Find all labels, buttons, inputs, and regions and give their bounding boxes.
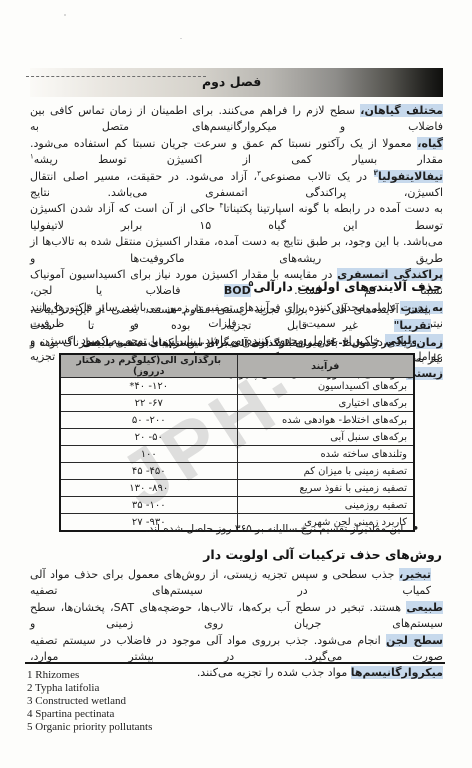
section-heading-text: روش‌های حذف ترکیبات آلی اولویت دار <box>203 547 442 562</box>
table-row: تصفیه روزمینی۳۵ -۱۰۰ <box>60 497 414 514</box>
table-header-row: فرآیند بارگذاری آلی(کیلوگرم در هکتار درر… <box>60 354 414 378</box>
text-segment: می‌باشد. با این وجود، بر طبق نتایج به دس… <box>30 235 443 264</box>
table-footnote: •این مقادیراز تقسیم نرخ سالیانه بر ۳۶۵ ر… <box>30 523 443 535</box>
process-cell: برکه‌های اختلاط- هوادهی شده <box>237 412 414 429</box>
highlighted-term: گیاه، <box>417 137 443 150</box>
process-cell: تصفیه زمینی با میزان کم <box>237 463 414 480</box>
process-cell: برکه‌های اکسیداسیون <box>237 378 414 395</box>
highlighted-term: تقریبا" <box>394 319 431 332</box>
bullet-icon: • <box>412 523 419 535</box>
text-line: تبخیر، جذب سطحی و سپس تجزیه زیستی، از رو… <box>30 567 443 600</box>
text-segment: بیشتر آلاینده‌های آلی در برابر تجزیه زیس… <box>30 303 431 316</box>
footnote-item: 5 Organic priority pollutants <box>27 721 152 734</box>
chapter-banner: فصل دوم <box>30 68 443 97</box>
table-row: تصفیه زمینی با میزان کم۴۵ -۴۵۰ <box>60 463 414 480</box>
highlighted-term: زمان <box>416 336 443 349</box>
chapter-banner-title: فصل دوم <box>202 74 261 89</box>
loading-cell: ۲۲ -۶۷ <box>60 395 237 412</box>
paragraph-block-3: تبخیر، جذب سطحی و سپس تجزیه زیستی، از رو… <box>30 567 443 682</box>
footnotes-list: 1 Rhizomes2 Typha latifolia3 Constructed… <box>27 669 152 734</box>
loading-table-wrap: فرآیند بارگذاری آلی(کیلوگرم در هکتار درر… <box>59 353 415 532</box>
section-heading-removal-methods: روش‌های حذف ترکیبات آلی اولویت دار <box>203 547 442 562</box>
table-row: برکه‌های اختلاط- هوادهی شده۵۰ -۲۰۰ <box>60 412 414 429</box>
text-segment: غیر قابل تجزیه بوده و تا مدت <box>30 319 394 332</box>
scan-speck <box>64 14 66 16</box>
process-cell: برکه‌های سنبل آبی <box>237 429 414 446</box>
text-line: به دست آمده در رابطه با گونه اسپارتینا پ… <box>30 201 443 234</box>
highlighted-term: تبخیر، <box>399 568 431 581</box>
process-cell: وتلندهای ساخته شده <box>237 446 414 463</box>
text-line: مختلف گیاهان، سطح لازم را فراهم می‌کنند.… <box>30 103 443 136</box>
loading-cell: ۱۰۰ <box>60 446 237 463</box>
highlighted-term: تیفالایتفولیا <box>378 170 443 183</box>
text-segment: معمولا از یک رآکتور نسبتا کم عمق و سرعت … <box>30 137 443 166</box>
process-cell: برکه‌های اختیاری <box>237 395 414 412</box>
footnote-item: 2 Typha latifolia <box>27 682 152 695</box>
table-caption: در جدول ۲- ۱: میزان بارگذاری آلی برای سی… <box>59 338 415 349</box>
process-cell: تصفیه روزمینی <box>237 497 414 514</box>
loading-cell: ۱۳۰ -۸۹۰ <box>60 480 237 497</box>
footnote-item: 3 Constructed wetland <box>27 695 152 708</box>
scanned-document-page: فصل دوم JPH· مختلف گیاهان، سطح لازم را ف… <box>0 0 472 768</box>
text-line: گیاه، معمولا از یک رآکتور نسبتا کم عمق و… <box>30 136 443 169</box>
section-heading-text: حذف آلاینده‌های اولویت دارآلی <box>253 279 442 294</box>
process-cell: تصفیه زمینی با نفوذ سریع <box>237 480 414 497</box>
text-line: تیفالایتفولیا۲ در یک تالاب مصنوعی۳، آزاد… <box>30 169 443 202</box>
text-line: سطح لجن انجام می‌شود. جذب برروی مواد آلی… <box>30 633 443 666</box>
text-segment: جذب سطحی و سپس تجزیه زیستی، از روش‌های م… <box>30 568 431 597</box>
text-segment: مواد جذب شده را تجزیه می‌کنند. <box>197 666 351 679</box>
table-row: برکه‌های اکسیداسیون*۴۰ -۱۲۰ <box>60 378 414 395</box>
highlighted-term: سطح لجن <box>386 634 443 647</box>
loading-cell: ۳۵ -۱۰۰ <box>60 497 237 514</box>
loading-cell: ۵۰ -۲۰۰ <box>60 412 237 429</box>
text-line: طبیعی هستند. تبخیر در سطح آب برکه‌ها، تا… <box>30 600 443 633</box>
footnote-separator <box>25 662 445 664</box>
table-row: وتلندهای ساخته شده۱۰۰ <box>60 446 414 463</box>
text-segment: به دست آمده در رابطه با گونه اسپارتینا پ… <box>223 202 443 215</box>
text-line: می‌باشد. با این وجود، بر طبق نتایج به دس… <box>30 234 443 267</box>
loading-cell: *۴۰ -۱۲۰ <box>60 378 237 395</box>
loading-column-header: بارگذاری آلی(کیلوگرم در هکتار درروز) <box>60 354 237 378</box>
text-segment: در یک تالاب مصنوعی <box>261 170 374 183</box>
footnote-item: 1 Rhizomes <box>27 669 152 682</box>
footnote-item: 4 Spartina pectinata <box>27 708 152 721</box>
table-row: برکه‌های اختیاری۲۲ -۶۷ <box>60 395 414 412</box>
highlighted-term: مختلف گیاهان، <box>360 104 443 117</box>
process-column-header: فرآیند <box>237 354 414 378</box>
table-row: تصفیه زمینی با نفوذ سریع۱۳۰ -۸۹۰ <box>60 480 414 497</box>
text-segment: انجام می‌شود. جذب برروی مواد آلی موجود د… <box>30 634 443 663</box>
table-footnote-text: این مقادیراز تقسیم نرخ سالیانه بر ۳۶۵ رو… <box>145 523 403 535</box>
highlighted-term: BOD <box>224 284 251 297</box>
loading-cell: ۴۵ -۴۵۰ <box>60 463 237 480</box>
text-line: بیشتر آلاینده‌های آلی در برابر تجزیه زیس… <box>30 302 443 335</box>
text-segment: هستند. تبخیر در سطح آب برکه‌ها، تالاب‌ها… <box>30 601 443 630</box>
section-heading-priority-pollutants: حذف آلاینده‌های اولویت دارآلی۵ <box>248 279 442 294</box>
loading-cell: ۲۰ -۵۰ <box>60 429 237 446</box>
text-segment: فاضلاب یا لجن، <box>30 284 224 297</box>
organic-loading-table: فرآیند بارگذاری آلی(کیلوگرم در هکتار درر… <box>59 353 415 532</box>
table-row: برکه‌های سنبل آبی۲۰ -۵۰ <box>60 429 414 446</box>
scan-speck <box>180 38 182 39</box>
highlighted-term: طبیعی <box>406 601 443 614</box>
highlighted-term: میکروارگانیسم‌ها <box>351 666 443 679</box>
